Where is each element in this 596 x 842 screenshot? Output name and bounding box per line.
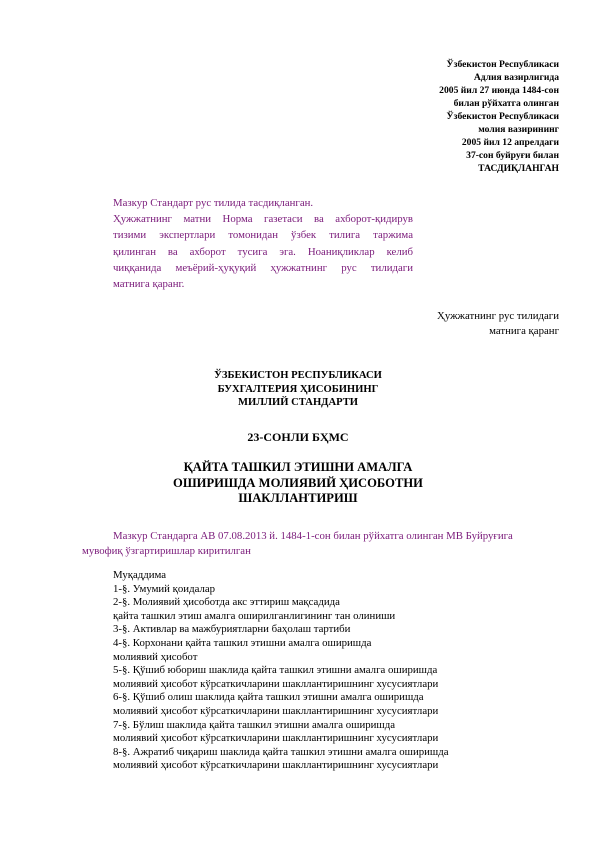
toc-item[interactable]: молиявий ҳисобот bbox=[113, 651, 449, 665]
approval-line: Адлия вазирлигида bbox=[439, 71, 559, 84]
approval-line: 37-сон буйруғи билан bbox=[439, 149, 559, 162]
toc-item[interactable]: 7-§. Бўлиш шаклида қайта ташкил этишни а… bbox=[113, 719, 449, 733]
amendment-line: мувофиқ ўзгартиришлар киритилган bbox=[82, 544, 552, 559]
toc-item[interactable]: 2-§. Молиявий ҳисоботда акс эттириш мақс… bbox=[113, 596, 449, 610]
see-russian-line: Ҳужжатнинг рус тилидаги bbox=[437, 309, 559, 324]
toc-item[interactable]: қайта ташкил этиш амалга оширилганлигини… bbox=[113, 610, 449, 624]
table-of-contents: Муқаддима 1-§. Умумий қоидалар 2-§. Моли… bbox=[113, 569, 449, 773]
standard-number: 23-СОНЛИ БҲМС bbox=[0, 430, 596, 444]
note-line: Мазкур Стандарт рус тилида тасдиқланган. bbox=[113, 195, 413, 211]
title-line: ШАКЛЛАНТИРИШ bbox=[0, 491, 596, 507]
note-line: Ҳужжатнинг матни Норма газетаси ва ахбор… bbox=[113, 211, 413, 227]
approval-line: билан рўйхатга олинган bbox=[439, 97, 559, 110]
document-title: ҚАЙТА ТАШКИЛ ЭТИШНИ АМАЛГА ОШИРИШДА МОЛИ… bbox=[0, 460, 596, 507]
approval-line: молия вазирининг bbox=[439, 123, 559, 136]
note-line: тизими экспертлари томонидан ўзбек тилиг… bbox=[113, 227, 413, 243]
heading-line: БУХГАЛТЕРИЯ ҲИСОБИНИНГ bbox=[0, 383, 596, 397]
approval-line: Ўзбекистон Республикаси bbox=[439, 110, 559, 123]
see-russian-note: Ҳужжатнинг рус тилидаги матнига қаранг bbox=[437, 309, 559, 339]
approval-line: Ўзбекистон Республикаси bbox=[439, 58, 559, 71]
heading-line: ЎЗБЕКИСТОН РЕСПУБЛИКАСИ bbox=[0, 369, 596, 383]
toc-item[interactable]: 6-§. Қўшиб олиш шаклида қайта ташкил эти… bbox=[113, 691, 449, 705]
note-line: қилинган ва ахборот тусига эга. Ноаниқли… bbox=[113, 244, 413, 260]
note-line: матнига қаранг. bbox=[113, 276, 413, 292]
toc-item[interactable]: Муқаддима bbox=[113, 569, 449, 583]
title-line: ҚАЙТА ТАШКИЛ ЭТИШНИ АМАЛГА bbox=[0, 460, 596, 476]
toc-item[interactable]: 5-§. Қўшиб юбориш шаклида қайта ташкил э… bbox=[113, 664, 449, 678]
translation-note: Мазкур Стандарт рус тилида тасдиқланган.… bbox=[113, 195, 413, 292]
note-line: чиққанида меъёрий-ҳуқуқий ҳужжатнинг рус… bbox=[113, 260, 413, 276]
toc-item[interactable]: 1-§. Умумий қоидалар bbox=[113, 583, 449, 597]
approval-block: Ўзбекистон Республикаси Адлия вазирлигид… bbox=[439, 58, 559, 175]
standard-heading: ЎЗБЕКИСТОН РЕСПУБЛИКАСИ БУХГАЛТЕРИЯ ҲИСО… bbox=[0, 369, 596, 410]
approval-line: 2005 йил 27 июнда 1484-сон bbox=[439, 84, 559, 97]
toc-item[interactable]: 8-§. Ажратиб чиқариш шаклида қайта ташки… bbox=[113, 746, 449, 760]
approval-line: ТАСДИҚЛАНГАН bbox=[439, 162, 559, 175]
toc-item[interactable]: молиявий ҳисобот кўрсаткичларини шакллан… bbox=[113, 678, 449, 692]
toc-item[interactable]: 3-§. Активлар ва мажбуриятларни баҳолаш … bbox=[113, 623, 449, 637]
title-line: ОШИРИШДА МОЛИЯВИЙ ҲИСОБОТНИ bbox=[0, 476, 596, 492]
toc-item[interactable]: молиявий ҳисобот кўрсаткичларини шакллан… bbox=[113, 732, 449, 746]
amendment-note: Мазкур Стандарга АВ 07.08.2013 й. 1484-1… bbox=[82, 529, 552, 559]
toc-item[interactable]: молиявий ҳисобот кўрсаткичларини шакллан… bbox=[113, 759, 449, 773]
see-russian-line: матнига қаранг bbox=[437, 324, 559, 339]
toc-item[interactable]: 4-§. Корхонани қайта ташкил этишни амалг… bbox=[113, 637, 449, 651]
amendment-line: Мазкур Стандарга АВ 07.08.2013 й. 1484-1… bbox=[82, 529, 552, 544]
heading-line: МИЛЛИЙ СТАНДАРТИ bbox=[0, 396, 596, 410]
toc-item[interactable]: молиявий ҳисобот кўрсаткичларини шакллан… bbox=[113, 705, 449, 719]
approval-line: 2005 йил 12 апрелдаги bbox=[439, 136, 559, 149]
